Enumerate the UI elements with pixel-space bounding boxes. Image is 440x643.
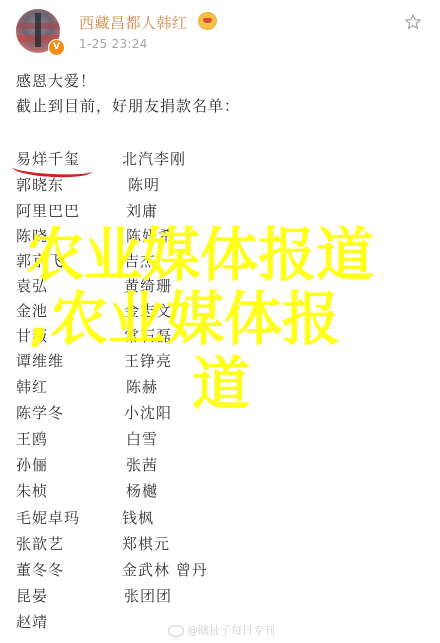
donor-name: 赵靖	[16, 611, 48, 632]
weibo-logo-icon	[168, 625, 184, 637]
post-timestamp: 1-25 23:24	[79, 37, 148, 51]
verified-badge-icon: V	[48, 39, 65, 56]
donor-name: 谭维维	[16, 350, 64, 371]
donor-name: 张茜	[126, 454, 158, 475]
post-header: V 西藏昌都人韩红 1-25 23:24	[0, 0, 440, 62]
donor-name: 董冬冬	[16, 559, 64, 580]
author-name[interactable]: 西藏昌都人韩红	[79, 12, 188, 33]
donor-name: 王鸥	[16, 428, 48, 449]
donor-name: 郭晓东	[16, 174, 64, 195]
post-text-line: 截止到目前，好朋友捐款名单：	[16, 95, 240, 116]
donor-name: 王铮亮	[124, 350, 172, 371]
donor-name: 毛妮卓玛	[16, 507, 80, 528]
donor-name: 北汽李刚	[122, 148, 186, 169]
donor-name: 朱桢	[16, 480, 48, 501]
donor-name: 陈学冬	[16, 402, 64, 423]
donor-name: 陈明	[128, 174, 160, 195]
donor-name: 韩红	[16, 376, 48, 397]
post-text-line: 感恩大爱！	[16, 70, 96, 91]
avatar-decoration	[35, 13, 41, 47]
donor-name: 杨樾	[126, 480, 158, 501]
donor-name: 陈赫	[126, 376, 158, 397]
overlay-caption-line: 农业媒体报道	[26, 226, 374, 284]
overlay-caption-line: ,农业媒体报	[28, 290, 340, 348]
star-outline-icon[interactable]	[404, 13, 422, 31]
donor-name: 阿里巴巴	[16, 200, 80, 221]
overlay-caption-line: 道	[192, 355, 250, 413]
donor-name: 孙俪	[16, 454, 48, 475]
watermark-text: @瞎扯子每日专刊	[187, 624, 275, 637]
donor-name: 小沈阳	[124, 402, 172, 423]
donor-name: 张团团	[124, 585, 172, 606]
donor-name: 刘庸	[126, 200, 158, 221]
donor-name: 张歆艺	[16, 533, 64, 554]
donor-name: 郑棋元	[122, 533, 170, 554]
crown-icon	[198, 12, 217, 30]
donor-name: 白雪	[126, 428, 158, 449]
donor-name: 昆晏	[16, 585, 48, 606]
watermark: @瞎扯子每日专刊	[168, 622, 275, 638]
donor-name: 钱枫	[122, 507, 154, 528]
donor-name: 金武林 曾丹	[122, 559, 208, 580]
